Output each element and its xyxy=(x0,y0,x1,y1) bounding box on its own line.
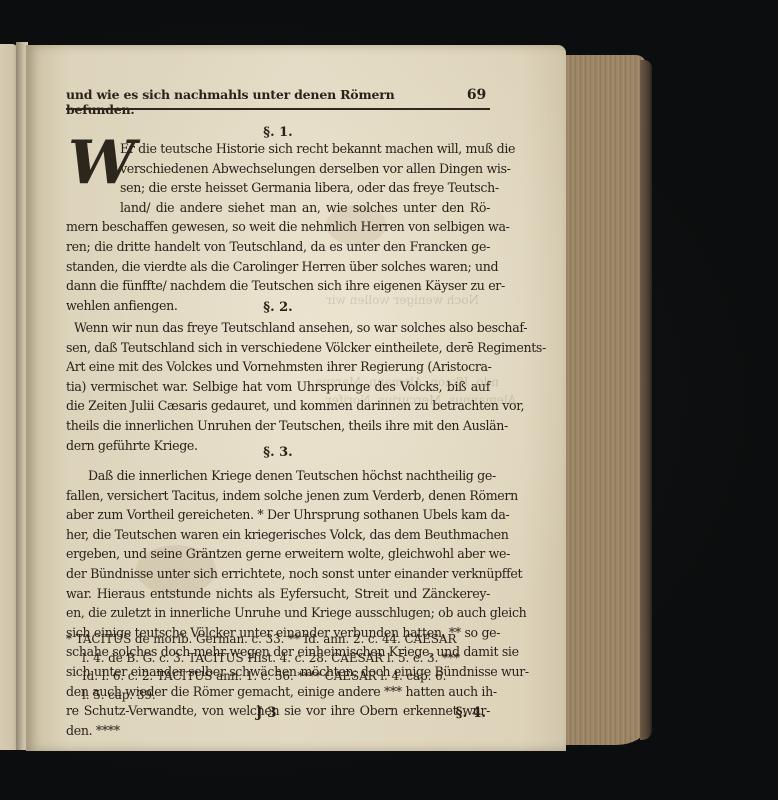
text-line: en, die zuletzt in innerliche Unruhe und… xyxy=(66,603,490,623)
text-line: ergeben, und seine Gräntzen gerne erweit… xyxy=(66,544,490,564)
text-line: aber zum Vortheil gereicheten. * Der Uhr… xyxy=(66,505,490,525)
section-mark-2: §. 2. xyxy=(66,300,490,315)
text-line: Wenn wir nun das freye Teutschland anseh… xyxy=(66,318,490,338)
section-mark-3: §. 3. xyxy=(66,445,490,460)
text-line: ren; die dritte handelt von Teutschland,… xyxy=(66,237,490,257)
text-line: her, die Teutschen waren ein kriegerisch… xyxy=(66,525,490,545)
page-block-fore-edge xyxy=(562,55,646,745)
paragraph-section-1: Er die teutsche Historie sich recht beka… xyxy=(66,139,490,315)
text-line: der Bündnisse unter sich errichtete, noc… xyxy=(66,564,490,584)
text-line: die Zeiten Julii Cæsaris gedauret, und k… xyxy=(66,396,490,416)
footnote-line: l. 5. cap. 39. xyxy=(66,686,490,705)
text-line: mern beschaffen gewesen, so weit die neh… xyxy=(66,217,490,237)
page-number: 69 xyxy=(467,87,486,103)
footnotes: * TACITUS de morib. German. c. 33. ** Id… xyxy=(66,630,490,704)
text-line: tia) vermischet war. Selbige hat vom Uhr… xyxy=(66,377,490,397)
footnote-line: Id. l. 6. c. 2. TACITUS ann. 1. c. 56. *… xyxy=(66,667,490,686)
text-line: Daß die innerlichen Kriege denen Teutsch… xyxy=(66,466,490,486)
text-line: land/ die andere siehet man an, wie solc… xyxy=(66,198,490,218)
printer-signature: J 3 xyxy=(256,705,276,721)
running-head: und wie es sich nachmahls unter denen Rö… xyxy=(66,87,490,117)
running-head-title: und wie es sich nachmahls unter denen Rö… xyxy=(66,87,467,117)
text-line: sen; die erste heisset Germania libera, … xyxy=(66,178,490,198)
text-line: Art eine mit des Volckes und Vornehmsten… xyxy=(66,357,490,377)
text-line: theils die innerlichen Unruhen der Teuts… xyxy=(66,416,490,436)
text-line: war. Hieraus entstunde nichts als Eyfers… xyxy=(66,584,490,604)
text-line: dann die fünffte/ nachdem die Teutschen … xyxy=(66,276,490,296)
text-line: den. **** xyxy=(66,721,490,741)
page-footer: J 3 §. 4. xyxy=(66,705,490,721)
catchword: §. 4. xyxy=(455,705,486,721)
paragraph-section-2: Wenn wir nun das freye Teutschland anseh… xyxy=(66,318,490,455)
header-rule xyxy=(66,108,490,110)
footnote-line: * TACITUS de morib. German. c. 33. ** Id… xyxy=(66,630,490,649)
text-line: verschiedenen Abwechselungen derselben v… xyxy=(66,159,490,179)
book-cover-edge xyxy=(640,60,652,740)
book-page: Noch weniger wollen wir ndo, Ifkaon, Ale… xyxy=(26,45,566,751)
text-line: standen, die vierdte als die Carolinger … xyxy=(66,257,490,277)
text-line: fallen, versichert Tacitus, indem solche… xyxy=(66,486,490,506)
text-line: Er die teutsche Historie sich recht beka… xyxy=(66,139,490,159)
footnote-line: l. 4. de B. G. c. 3. TACITUS Hist. 4. c.… xyxy=(66,649,490,668)
text-line: sen, daß Teutschland sich in verschieden… xyxy=(66,338,490,358)
